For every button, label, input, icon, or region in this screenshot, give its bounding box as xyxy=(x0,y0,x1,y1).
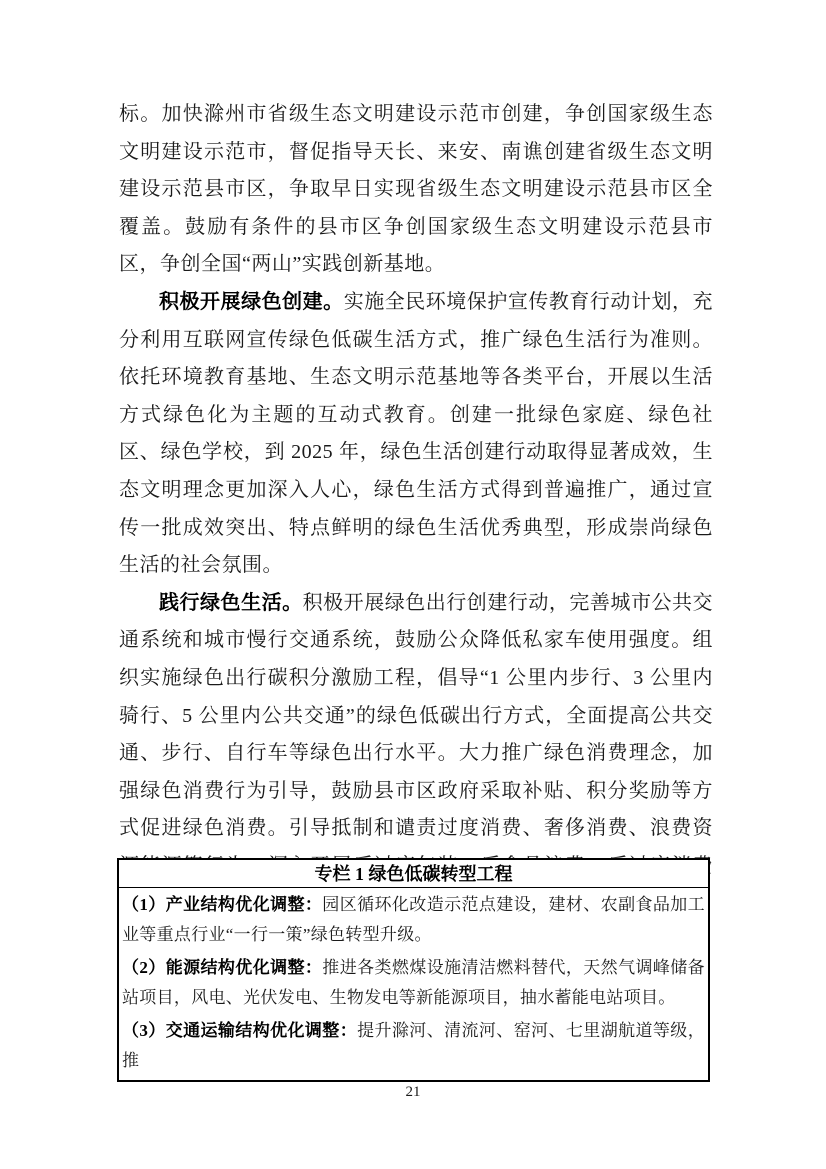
box-item: （3）交通运输结构优化调整：提升滁河、清流河、窑河、七里湖航道等级，推 xyxy=(122,1016,705,1076)
page-number: 21 xyxy=(0,1083,826,1101)
box-item: （2）能源结构优化调整：推进各类燃煤设施清洁燃料替代，天然气调峰储备站项目，风电… xyxy=(122,953,705,1013)
callout-box-title: 专栏 1 绿色低碳转型工程 xyxy=(119,860,708,888)
paragraph-lead: 积极开展绿色创建。 xyxy=(159,291,344,313)
box-item-lead: （1）产业结构优化调整： xyxy=(122,895,322,914)
paragraph-text: 实施全民环境保护宣传教育行动计划，充分利用互联网宣传绿色低碳生活方式，推广绿色生… xyxy=(119,291,713,576)
body-content: 标。加快滁州市省级生态文明建设示范市创建，争创国家级生态文明建设示范市，督促指导… xyxy=(119,96,713,923)
callout-box-items: （1）产业结构优化调整：园区循环化改造示范点建设，建材、农副食品加工业等重点行业… xyxy=(119,888,708,1080)
paragraph: 标。加快滁州市省级生态文明建设示范市创建，争创国家级生态文明建设示范市，督促指导… xyxy=(119,96,713,284)
paragraph-text: 标。加快滁州市省级生态文明建设示范市创建，争创国家级生态文明建设示范市，督促指导… xyxy=(119,103,713,275)
document-page: 标。加快滁州市省级生态文明建设示范市创建，争创国家级生态文明建设示范市，督促指导… xyxy=(0,0,826,1169)
box-item-lead: （2）能源结构优化调整： xyxy=(122,958,322,977)
paragraph: 积极开展绿色创建。实施全民环境保护宣传教育行动计划，充分利用互联网宣传绿色低碳生… xyxy=(119,284,713,585)
box-item-lead: （3）交通运输结构优化调整： xyxy=(122,1021,357,1040)
paragraph-lead: 践行绿色生活。 xyxy=(159,592,303,614)
box-item: （1）产业结构优化调整：园区循环化改造示范点建设，建材、农副食品加工业等重点行业… xyxy=(122,890,705,950)
callout-box: 专栏 1 绿色低碳转型工程 （1）产业结构优化调整：园区循环化改造示范点建设，建… xyxy=(117,858,710,1082)
